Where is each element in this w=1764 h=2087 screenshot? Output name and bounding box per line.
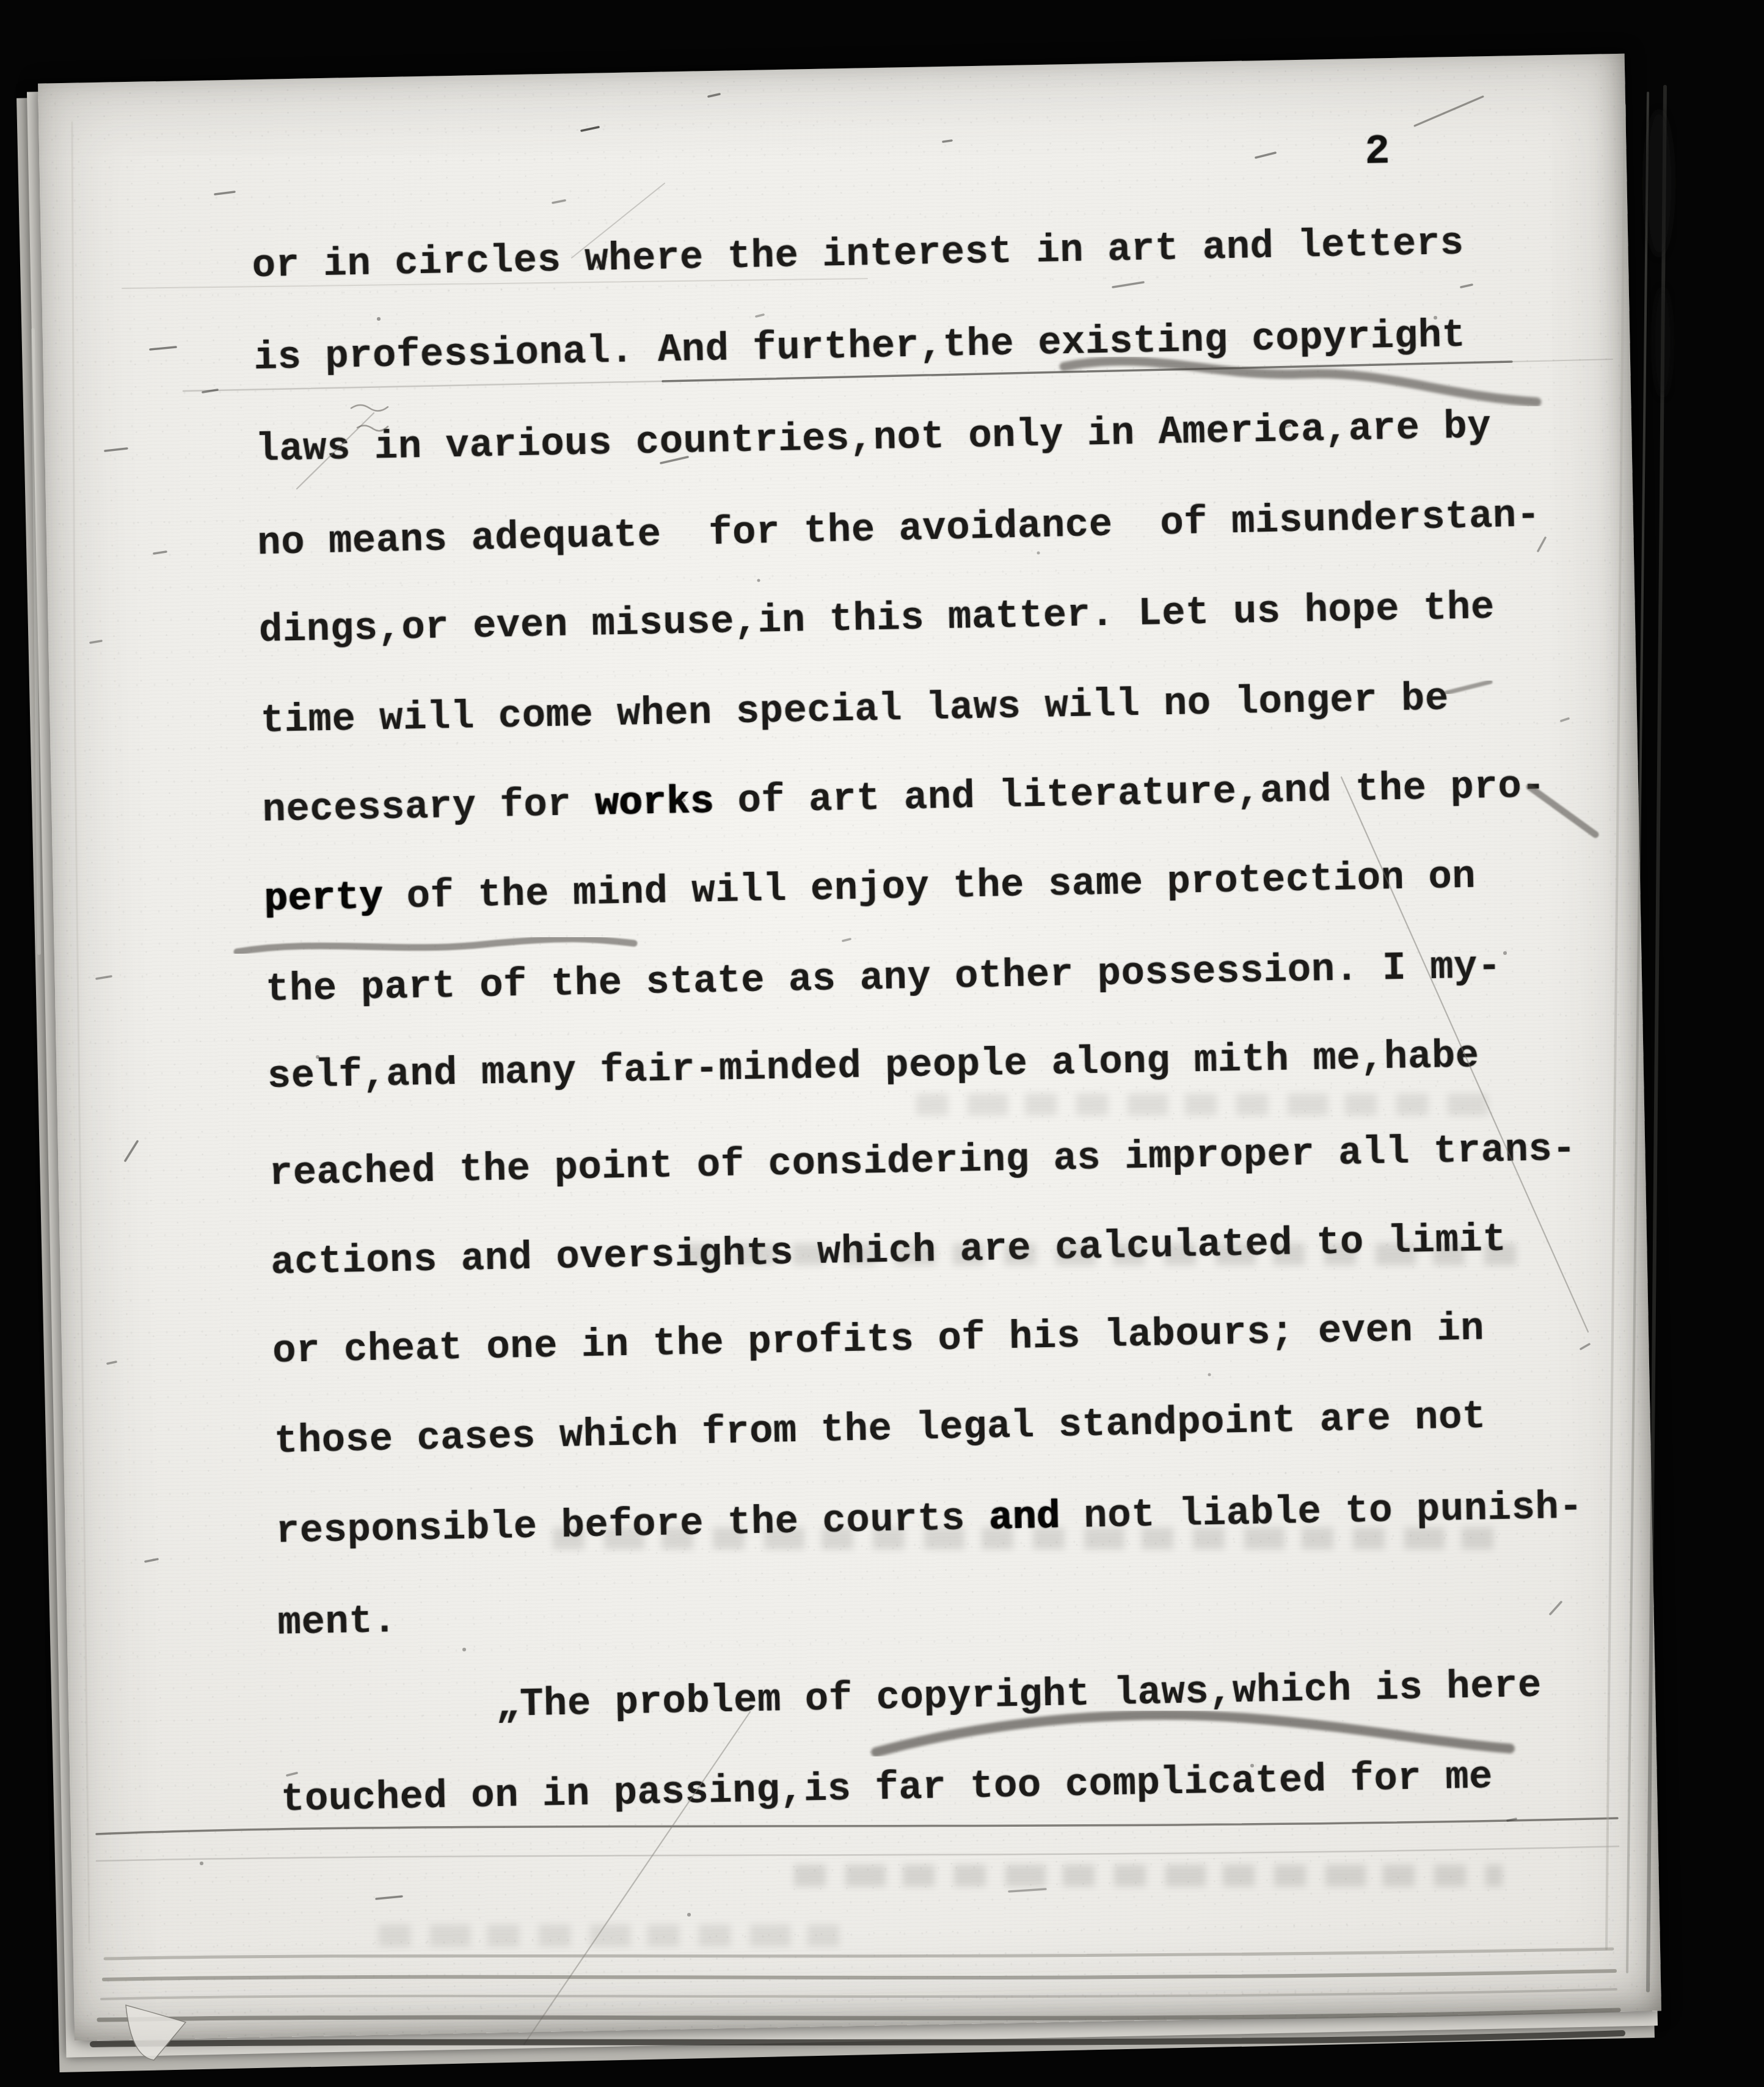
text-segment-underlined: the existing copyright — [942, 314, 1466, 368]
text-line: dings,or even misuse,in this matter. Let… — [258, 588, 1495, 651]
text-segment: not liable to punish- — [1060, 1486, 1583, 1540]
text-line: reached the point of considering as impr… — [269, 1130, 1576, 1194]
dark-smudge — [1653, 287, 1672, 397]
text-segment: time will come when special laws will no… — [260, 677, 1449, 744]
text-line: those cases which from the legal standpo… — [274, 1398, 1486, 1462]
text-line: responsible before the courts and not li… — [275, 1488, 1583, 1552]
text-segment: „The problem of copyright laws,which is … — [496, 1664, 1542, 1728]
text-segment: of the mind will enjoy the same protecti… — [382, 855, 1476, 920]
text-segment: ment. — [277, 1599, 397, 1646]
text-segment: no means adequate for the avoidance of m… — [257, 494, 1541, 566]
text-line: „The problem of copyright laws,which is … — [496, 1667, 1542, 1725]
scanned-document-photo: 2 or in circles where the interest in ar… — [0, 0, 1764, 2087]
text-line: or cheat one in the profits of his labou… — [272, 1310, 1485, 1372]
text-segment: self,and many fair-minded people along m… — [267, 1034, 1479, 1099]
overstruck-word: works — [594, 780, 714, 827]
text-line: self,and many fair-minded people along m… — [267, 1037, 1479, 1097]
text-line: the part of the state as any other posse… — [265, 948, 1501, 1010]
text-line: ment. — [277, 1602, 397, 1643]
text-segment: the part of the state as any other posse… — [265, 945, 1501, 1012]
text-segment: responsible before the courts — [275, 1497, 989, 1554]
text-segment: necessary for — [262, 783, 596, 833]
page-number: 2 — [1365, 128, 1390, 176]
text-line: or in circles where the interest in art … — [252, 224, 1464, 286]
text-segment: laws in various countries,not only in Am… — [255, 405, 1492, 472]
text-segment: those cases which from the legal standpo… — [274, 1395, 1486, 1464]
text-line: necessary for works of art and literatur… — [262, 767, 1546, 830]
edge-smudges — [1644, 110, 1674, 397]
dark-smudge — [1644, 110, 1674, 257]
text-segment: actions and oversights which are calcula… — [271, 1218, 1507, 1285]
text-segment: or in circles where the interest in art … — [252, 222, 1464, 288]
overstruck-word: and — [988, 1496, 1060, 1541]
text-segment: dings,or even misuse,in this matter. Let… — [258, 586, 1495, 653]
text-line: no means adequate for the avoidance of m… — [257, 496, 1541, 563]
text-line: laws in various countries,not only in Am… — [255, 408, 1492, 470]
text-line: actions and oversights which are calcula… — [271, 1221, 1507, 1283]
text-line: time will come when special laws will no… — [260, 679, 1449, 741]
text-segment: of art and literature,and the pro- — [713, 764, 1546, 824]
overstruck-word: perty — [264, 875, 384, 922]
text-segment: reached the point of considering as impr… — [269, 1128, 1576, 1196]
text-line: perty of the mind will enjoy the same pr… — [264, 858, 1476, 919]
text-line: is professional. And further,the existin… — [253, 316, 1466, 378]
text-line: touched on in passing,is far too complic… — [280, 1758, 1493, 1819]
text-segment: touched on in passing,is far too complic… — [280, 1755, 1493, 1822]
text-segment: is professional. And further, — [253, 324, 943, 381]
text-segment: or cheat one in the profits of his labou… — [272, 1307, 1485, 1374]
typewritten-page: 2 or in circles where the interest in ar… — [38, 54, 1661, 2041]
